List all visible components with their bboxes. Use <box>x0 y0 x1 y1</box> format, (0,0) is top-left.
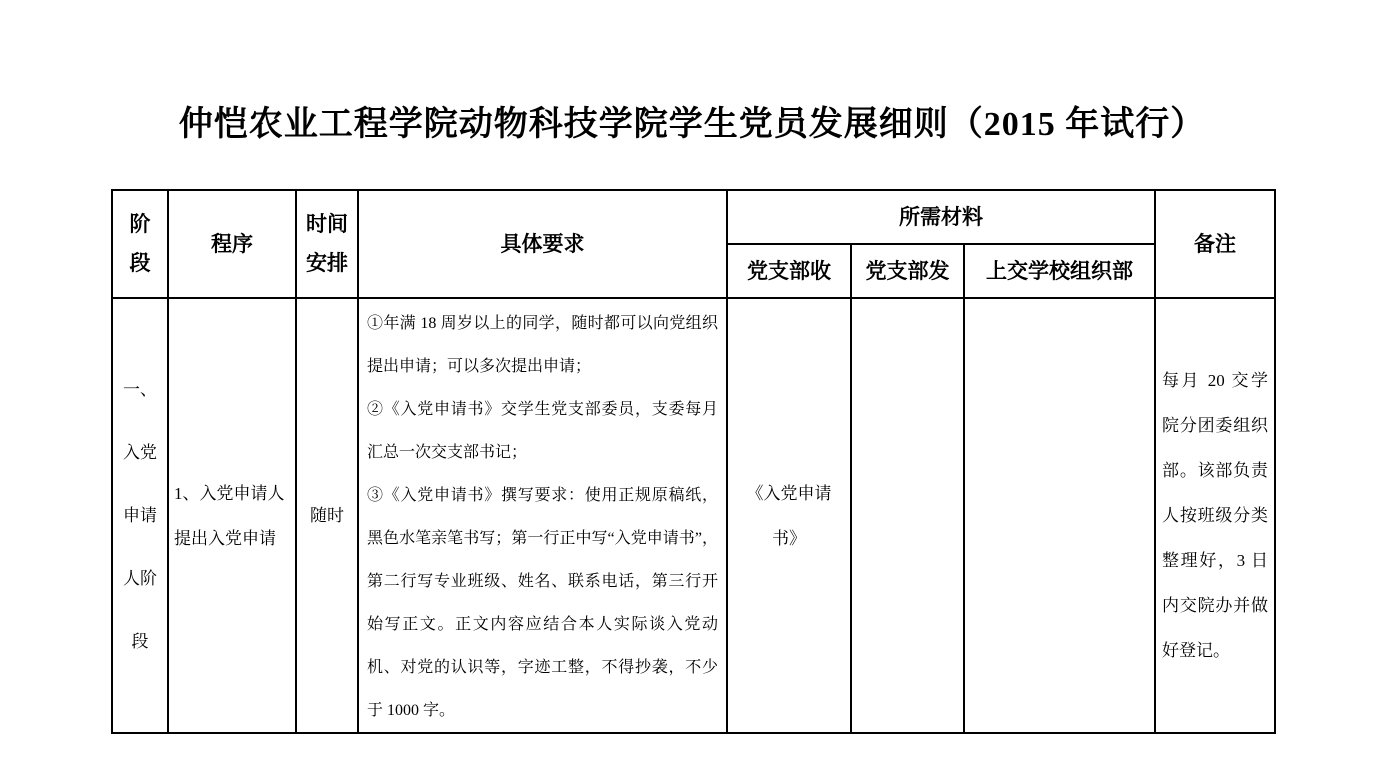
header-procedure: 程序 <box>168 190 296 298</box>
header-branch-issue: 党支部发 <box>851 244 964 298</box>
header-requirements: 具体要求 <box>358 190 727 298</box>
page-title: 仲恺农业工程学院动物科技学院学生党员发展细则（2015 年试行） <box>0 96 1384 145</box>
header-submit-org-dept: 上交学校组织部 <box>964 244 1155 298</box>
cell-procedure: 1、入党申请人提出入党申请 <box>168 298 296 733</box>
header-branch-receive: 党支部收 <box>727 244 851 298</box>
header-materials: 所需材料 <box>727 190 1155 244</box>
cell-branch-receive: 《入党申请书》 <box>727 298 851 733</box>
party-member-development-table: 阶段 程序 时间安排 具体要求 所需材料 备注 党支部收 党支部发 上交学校组织… <box>111 189 1276 734</box>
table-header-row-top: 阶段 程序 时间安排 具体要求 所需材料 备注 <box>112 190 1275 244</box>
requirement-item-2: ②《入党申请书》交学生党支部委员，支委每月汇总一次交支部书记； <box>367 388 718 474</box>
document-page: 仲恺农业工程学院动物科技学院学生党员发展细则（2015 年试行） 阶段 程序 时… <box>0 0 1384 781</box>
header-schedule: 时间安排 <box>296 190 358 298</box>
requirement-item-3: ③《入党申请书》撰写要求：使用正规原稿纸，黑色水笔亲笔书写；第一行正中写“入党申… <box>367 474 718 732</box>
table-row-application-stage: 一、入党申请人阶段 1、入党申请人提出入党申请 随时 ①年满 18 周岁以上的同… <box>112 298 1275 733</box>
cell-schedule: 随时 <box>296 298 358 733</box>
cell-requirements: ①年满 18 周岁以上的同学，随时都可以向党组织提出申请；可以多次提出申请； ②… <box>358 298 727 733</box>
cell-submit-org-dept <box>964 298 1155 733</box>
requirement-item-1: ①年满 18 周岁以上的同学，随时都可以向党组织提出申请；可以多次提出申请； <box>367 302 718 388</box>
header-stage: 阶段 <box>112 190 168 298</box>
cell-stage: 一、入党申请人阶段 <box>112 298 168 733</box>
header-remarks: 备注 <box>1155 190 1275 298</box>
cell-branch-issue <box>851 298 964 733</box>
cell-remarks: 每月 20 交学院分团委组织部。该部负责人按班级分类整理好，3 日内交院办并做好… <box>1155 298 1275 733</box>
